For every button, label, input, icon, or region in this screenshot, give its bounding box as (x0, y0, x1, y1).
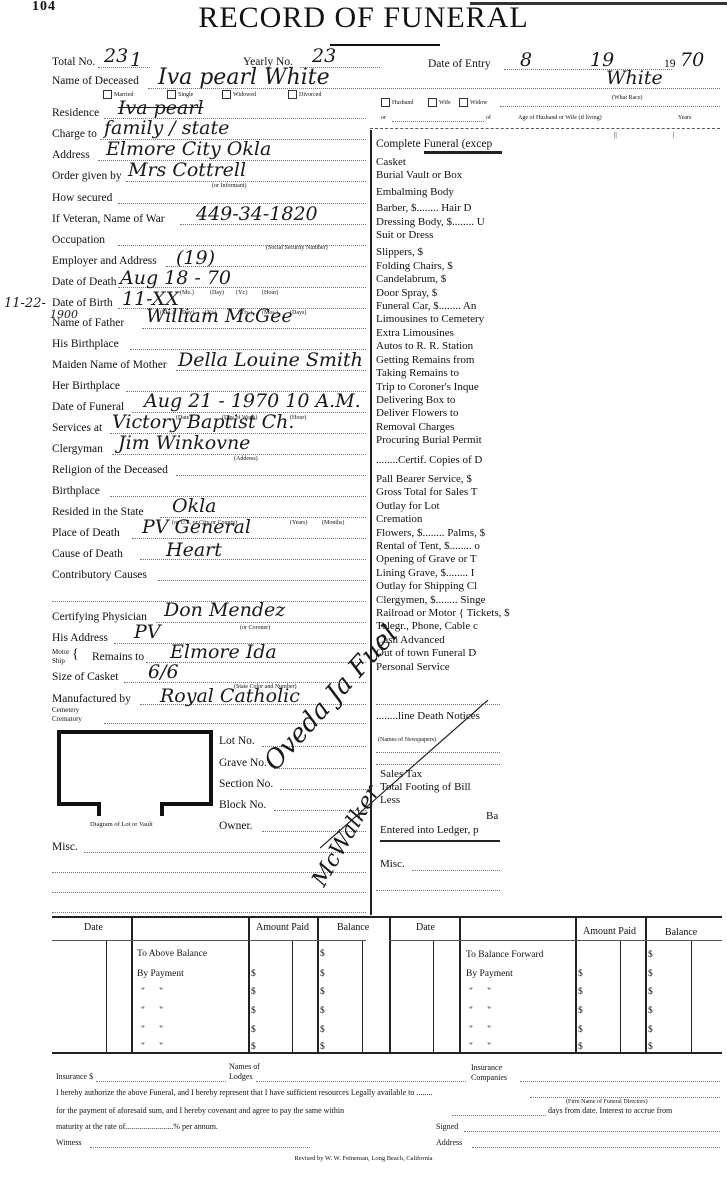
religion-line (176, 475, 366, 476)
ptr-divider-left (389, 918, 391, 1052)
lot-diagram-bottom-left (57, 802, 101, 806)
residence-value[interactable]: Iva pearl (118, 98, 204, 118)
address-value[interactable]: Elmore City Okla (106, 139, 271, 159)
payment-terms-a: for the payment of aforesaid sum, and I … (56, 1106, 344, 1116)
charge-getting-remains: Getting Remains from (376, 354, 502, 367)
clergyman-value[interactable]: Jim Winkovne (118, 433, 250, 453)
insurance-label: Insurance $ (56, 1072, 93, 1082)
checkbox-divorced[interactable] (288, 90, 297, 99)
certifying-physician-line (156, 622, 366, 623)
authorize-line: I hereby authorize the above Funeral, an… (56, 1088, 432, 1098)
ptl-header-date: Date (84, 922, 103, 933)
ptr-row2-balance[interactable]: $ (648, 969, 653, 979)
charge-casket: Casket (376, 156, 502, 169)
contributory-causes-line (158, 580, 366, 581)
charge-dressing-body: Dressing Body, $........ U (376, 216, 502, 229)
total-no-value[interactable]: 23 (104, 46, 128, 66)
remains-to-label: Remains to (92, 650, 144, 664)
signed-label: Signed (436, 1122, 458, 1132)
ptl-row6-balance[interactable]: $ (320, 1042, 325, 1052)
ptl-row4-desc: " " (141, 1006, 163, 1016)
spouse-separator (370, 128, 720, 129)
charge-outlay-lot: Outlay for Lot (376, 500, 502, 513)
section-no-label: Section No. (219, 777, 273, 791)
remains-ship-label: Ship (52, 657, 65, 665)
ptr-row6-amount[interactable]: $ (578, 1042, 583, 1052)
insurance-companies-top: Insurance (471, 1063, 502, 1073)
cause-of-death-label: Cause of Death (52, 547, 123, 561)
ptr-row2-desc: By Payment (466, 969, 513, 979)
services-at-label: Services at (52, 421, 102, 435)
lot-misc-line4 (52, 912, 366, 913)
ptl-row2-amount[interactable]: $ (251, 969, 256, 979)
ptl-subdivider-amount (292, 940, 293, 1052)
ptl-row6-amount[interactable]: $ (251, 1042, 256, 1052)
charge-autos-rr: Autos to R. R. Station (376, 340, 502, 353)
date-of-death-caption-yr: (Yr.) (236, 289, 248, 297)
ptl-divider-desc (248, 918, 250, 1052)
date-of-entry-year[interactable]: 70 (680, 50, 704, 70)
address-label: Address (52, 148, 90, 162)
his-birthplace-label: His Birthplace (52, 337, 119, 351)
complete-funeral-underline (424, 151, 502, 154)
death-notices-label: ........line Death Notices (376, 710, 480, 723)
ptr-row1-balance[interactable]: $ (648, 950, 653, 960)
size-of-casket-value[interactable]: 6/6 (148, 662, 179, 682)
charges-blank-line2 (376, 752, 500, 753)
ptl-row5-desc: " " (141, 1025, 163, 1035)
date-of-death-value[interactable]: Aug 18 - 70 (120, 268, 231, 288)
size-of-casket-label: Size of Casket (52, 670, 118, 684)
checkbox-married[interactable] (103, 90, 112, 99)
charge-burial-vault: Burial Vault or Box (376, 169, 502, 182)
yearly-no-value[interactable]: 23 (312, 46, 336, 66)
spouse-of: of (486, 114, 491, 122)
marital-widowed[interactable]: Widowed (222, 90, 256, 99)
charge-slippers: Slippers, $ (376, 246, 502, 259)
ptl-divider-date (131, 918, 133, 1052)
charges-list: Casket Burial Vault or Box Embalming Bod… (376, 156, 502, 674)
remains-brace: { (72, 648, 79, 662)
ptr-row4-amount[interactable]: $ (578, 1006, 583, 1016)
religion-label: Religion of the Deceased (52, 463, 168, 477)
resided-caption-months: (Months) (322, 519, 344, 527)
lot-diagram-bottom-right (160, 802, 209, 806)
lot-diagram-post-right (160, 802, 164, 816)
ptr-header-balance: Balance (665, 927, 697, 938)
lot-diagram-post-left (97, 802, 101, 816)
marital-divorced[interactable]: Divorced (288, 90, 321, 99)
social-security-caption: (Social Security Number) (266, 244, 328, 252)
checkbox-wife[interactable] (428, 98, 437, 107)
days-line (452, 1115, 546, 1116)
address-label: Address (436, 1138, 462, 1148)
remains-motor-label: Motor (52, 648, 70, 656)
charge-lining-grave: Lining Grave, $........ I (376, 567, 502, 580)
maiden-name-mother-label: Maiden Name of Mother (52, 358, 167, 372)
maiden-name-mother-value[interactable]: Della Louine Smith (178, 350, 363, 370)
certifying-physician-value[interactable]: Don Mendez (164, 600, 285, 620)
coroner-caption: (or Coroner) (240, 624, 270, 632)
charge-burial-permit: Procuring Burial Permit (376, 434, 502, 447)
insurance-line (96, 1081, 226, 1082)
spouse-or-line (392, 121, 484, 122)
ptl-row3-balance[interactable]: $ (320, 987, 325, 997)
total-no-label: Total No. (52, 55, 95, 69)
charge-embalming: Embalming Body (376, 186, 502, 199)
age-of-spouse-label: Age of Husband or Wife (if living) (518, 114, 602, 122)
column-divider (370, 130, 372, 915)
crematory-label: Crematory (52, 715, 82, 723)
funeral-directors-caption: (Firm Name of Funeral Directors) (566, 1098, 648, 1106)
name-of-father-line (142, 328, 366, 329)
charge-delivering-box: Delivering Box to (376, 394, 502, 407)
spouse-wife[interactable]: Wife (428, 98, 451, 107)
lot-misc-line3 (52, 892, 366, 893)
date-of-entry-month[interactable]: 8 (520, 50, 532, 70)
address-line[interactable] (472, 1147, 720, 1148)
ptl-header-amount: Amount Paid (256, 922, 309, 933)
his-address-label: His Address (52, 631, 108, 645)
ptl-header-rule (52, 940, 366, 941)
ptr-subdivider-amount (620, 940, 621, 1052)
revised-by: Revised by W. W. Feineman, Long Beach, C… (0, 1154, 727, 1164)
date-of-death-caption-mo: (Mo.) (180, 289, 194, 297)
clergyman-label: Clergyman (52, 442, 103, 456)
residence-label: Residence (52, 106, 99, 120)
charge-deliver-flowers: Deliver Flowers to (376, 407, 502, 420)
ptr-row5-amount[interactable]: $ (578, 1025, 583, 1035)
how-secured-label: How secured (52, 191, 112, 205)
date-of-funeral-value[interactable]: Aug 21 - 1970 10 A.M. (144, 391, 361, 411)
place-of-death-label: Place of Death (52, 526, 120, 540)
ptr-subdivider-balance (691, 940, 692, 1052)
order-given-by-caption: (or Informant) (212, 182, 247, 190)
charges-misc-line1 (412, 870, 500, 871)
charge-outlay-shipping: Outlay for Shipping Cl (376, 580, 502, 593)
form-title: RECORD OF FUNERAL (0, 2, 727, 34)
birthplace-label: Birthplace (52, 484, 100, 498)
charge-extra-limousines: Extra Limousines (376, 327, 502, 340)
ticks-1: || (614, 131, 617, 139)
ptr-header-amount: Amount Paid (583, 926, 636, 937)
checkbox-widowed[interactable] (222, 90, 231, 99)
employer-value[interactable]: (19) (176, 248, 215, 268)
ptl-row2-balance[interactable]: $ (320, 969, 325, 979)
lot-misc-label: Misc. (52, 840, 78, 854)
charges-misc-label: Misc. (380, 858, 405, 871)
ptr-row1-desc: To Balance Forward (466, 950, 543, 960)
ptl-header-balance: Balance (337, 922, 369, 933)
name-of-deceased-label: Name of Deceased (52, 74, 139, 88)
charge-suit-dress: Suit or Dress (376, 229, 502, 242)
spouse-widow[interactable]: Widow (459, 98, 487, 107)
lodges-line (256, 1081, 466, 1082)
charge-door-spray: Door Spray, $ (376, 287, 502, 300)
margin-note-line1: 11-22- (4, 294, 46, 314)
checkbox-widow[interactable] (459, 98, 468, 107)
lodges-label-top: Names of (229, 1062, 260, 1072)
place-of-death-value[interactable]: PV General (142, 517, 251, 537)
charge-barber: Barber, $........ Hair D (376, 202, 502, 215)
charge-opening-grave: Opening of Grave or T (376, 553, 502, 566)
cause-of-death-value[interactable]: Heart (166, 540, 222, 560)
spouse-name-line (500, 106, 720, 107)
ptr-row6-desc: " " (469, 1042, 491, 1052)
charge-cremation: Cremation (376, 513, 502, 526)
race-value[interactable]: White (606, 68, 663, 88)
ptr-row5-desc: " " (469, 1025, 491, 1035)
balance-fragment: Ba (486, 810, 498, 823)
ptr-subdivider-date (433, 940, 434, 1052)
insurance-companies-line (520, 1081, 720, 1082)
charges-misc-line2 (376, 890, 500, 891)
charge-limousines: Limousines to Cemetery (376, 313, 502, 326)
clergyman-address-caption: (Address) (234, 455, 258, 463)
lot-no-label: Lot No. (219, 734, 255, 748)
birthplace-line (110, 496, 366, 497)
ledger-rule (380, 840, 500, 842)
veteran-war-value[interactable]: 449-34-1820 (196, 204, 318, 224)
date-of-entry-year-prefix: 19 (664, 57, 676, 71)
sales-tax-label: Sales Tax (380, 768, 422, 781)
charge-cash-advanced: Cash Advanced (376, 634, 502, 647)
total-no-line (98, 67, 150, 68)
charge-personal-service: Personal Service (376, 661, 502, 674)
charge-tickets: Railroad or Motor { Tickets, $ (376, 607, 502, 620)
ptr-row3-amount[interactable]: $ (578, 987, 583, 997)
complete-funeral-header: Complete Funeral (excep (376, 138, 492, 151)
date-of-death-caption-day: (Day) (210, 289, 224, 297)
ptl-subdivider-date (106, 940, 107, 1052)
charge-coroner-trip: Trip to Coroner's Inque (376, 381, 502, 394)
charge-folding-chairs: Folding Chairs, $ (376, 260, 502, 273)
insurance-companies-bottom: Companies (471, 1073, 507, 1083)
lot-diagram-caption: Diagram of Lot or Vault (90, 821, 153, 829)
date-of-entry-label: Date of Entry (428, 57, 491, 71)
resided-in-state-value[interactable]: Okla (172, 496, 217, 516)
ptr-header-rule (389, 940, 722, 941)
resided-caption-years: (Years) (290, 519, 307, 527)
ptl-row3-amount[interactable]: $ (251, 987, 256, 997)
witness-label: Witness (56, 1138, 81, 1148)
occupation-line (118, 245, 366, 246)
ptr-row4-balance[interactable]: $ (648, 1006, 653, 1016)
manufactured-by-value[interactable]: Royal Catholic (160, 686, 300, 706)
ptr-divider-date (459, 918, 461, 1052)
payment-terms-b: days from date. Interest to accrue from (548, 1106, 672, 1116)
ptl-row4-amount[interactable]: $ (251, 1006, 256, 1016)
less-label: Less (380, 794, 400, 807)
charges-blank-line1 (376, 704, 500, 705)
certifying-physician-label: Certifying Physician (52, 610, 147, 624)
ptl-subdivider-balance (362, 940, 363, 1052)
ptl-row5-amount[interactable]: $ (251, 1025, 256, 1035)
ptr-row4-desc: " " (469, 1006, 491, 1016)
her-birthplace-label: Her Birthplace (52, 379, 120, 393)
occupation-label: Occupation (52, 233, 105, 247)
ptr-header-date: Date (416, 922, 435, 933)
ptr-row2-amount[interactable]: $ (578, 969, 583, 979)
date-of-death-caption-hour: (Hour) (262, 289, 278, 297)
newspapers-caption: (Names of Newspapers) (378, 736, 436, 744)
block-no-label: Block No. (219, 798, 266, 812)
name-of-father-value[interactable]: William McGee (146, 306, 293, 326)
charge-to-value[interactable]: family / state (104, 118, 229, 138)
payment-table-bottom-rule (52, 1052, 722, 1054)
charge-pall-bearer: Pall Bearer Service, $ (376, 473, 502, 486)
charge-telegram: Telegr., Phone, Cable c (376, 620, 502, 633)
charge-certif-copies: ........Certif. Copies of D (376, 454, 502, 467)
checkbox-husband[interactable] (381, 98, 390, 107)
entered-ledger-label: Entered into Ledger, p (380, 824, 479, 837)
name-of-father-label: Name of Father (52, 316, 124, 330)
charge-to-label: Charge to (52, 127, 97, 141)
ptr-row5-balance[interactable]: $ (648, 1025, 653, 1035)
charge-funeral-car: Funeral Car, $........ An (376, 300, 502, 313)
ptr-divider-desc (575, 918, 577, 1052)
contributory-causes-label: Contributory Causes (52, 568, 147, 582)
signed-line[interactable] (464, 1131, 720, 1132)
ptl-row1-balance[interactable]: $ (320, 949, 325, 959)
spouse-or: or (381, 114, 386, 122)
veteran-war-label: If Veteran, Name of War (52, 212, 165, 226)
charges-blank-line3 (376, 764, 500, 765)
ptr-row6-balance[interactable]: $ (648, 1042, 653, 1052)
lodges-label-bottom: Lodges (229, 1072, 253, 1082)
ptl-row4-balance[interactable]: $ (320, 1006, 325, 1016)
ptl-row2-desc: By Payment (137, 969, 184, 979)
remains-to-value[interactable]: Elmore Ida (170, 642, 277, 662)
lot-diagram-box (57, 730, 213, 806)
his-address-value[interactable]: PV (134, 622, 161, 642)
maturity-line: maturity at the rate of.................… (56, 1122, 218, 1132)
spouse-husband[interactable]: Husband (381, 98, 413, 107)
total-footing-label: Total Footing of Bill (380, 781, 471, 794)
order-given-by-label: Order given by (52, 169, 122, 183)
ptl-row5-balance[interactable]: $ (320, 1025, 325, 1035)
total-no-extra[interactable]: 1 (130, 50, 142, 70)
ptr-divider-amount (645, 918, 647, 1052)
manufactured-by-label: Manufactured by (52, 692, 131, 706)
charge-candelabrum: Candelabrum, $ (376, 273, 502, 286)
employer-label: Employer and Address (52, 254, 157, 268)
charge-clergymen: Clergymen, $........ Singe (376, 594, 502, 607)
services-at-value[interactable]: Victory Baptist Ch. (112, 412, 294, 432)
ptl-row1-desc: To Above Balance (137, 949, 207, 959)
ticks-2: | (673, 131, 674, 139)
ptl-row3-desc: " " (141, 987, 163, 997)
date-of-death-label: Date of Death (52, 275, 117, 289)
payment-table-top-rule (52, 916, 722, 918)
charge-flowers-palms: Flowers, $........ Palms, $ (376, 527, 502, 540)
charge-out-of-town: Out of town Funeral D (376, 647, 502, 660)
charge-rental-tent: Rental of Tent, $........ o (376, 540, 502, 553)
charge-taking-remains: Taking Remains to (376, 367, 502, 380)
race-caption: (What Race) (612, 94, 642, 102)
name-of-deceased-value[interactable]: Iva pearl White (158, 68, 330, 88)
cemetery-label: Cemetery (52, 706, 79, 714)
ptr-row3-desc: " " (469, 987, 491, 997)
order-given-by-value[interactable]: Mrs Cottrell (128, 160, 246, 180)
ptl-divider-amount (317, 918, 319, 1052)
owner-label: Owner. (219, 819, 253, 833)
resided-in-state-label: Resided in the State (52, 505, 144, 519)
witness-line[interactable] (90, 1147, 310, 1148)
title-underline (330, 44, 440, 46)
charge-gross-total: Gross Total for Sales T (376, 486, 502, 499)
ptl-row6-desc: " " (141, 1042, 163, 1052)
years-label: Years (678, 114, 691, 122)
charge-removal: Removal Charges (376, 421, 502, 434)
ptr-row3-balance[interactable]: $ (648, 987, 653, 997)
